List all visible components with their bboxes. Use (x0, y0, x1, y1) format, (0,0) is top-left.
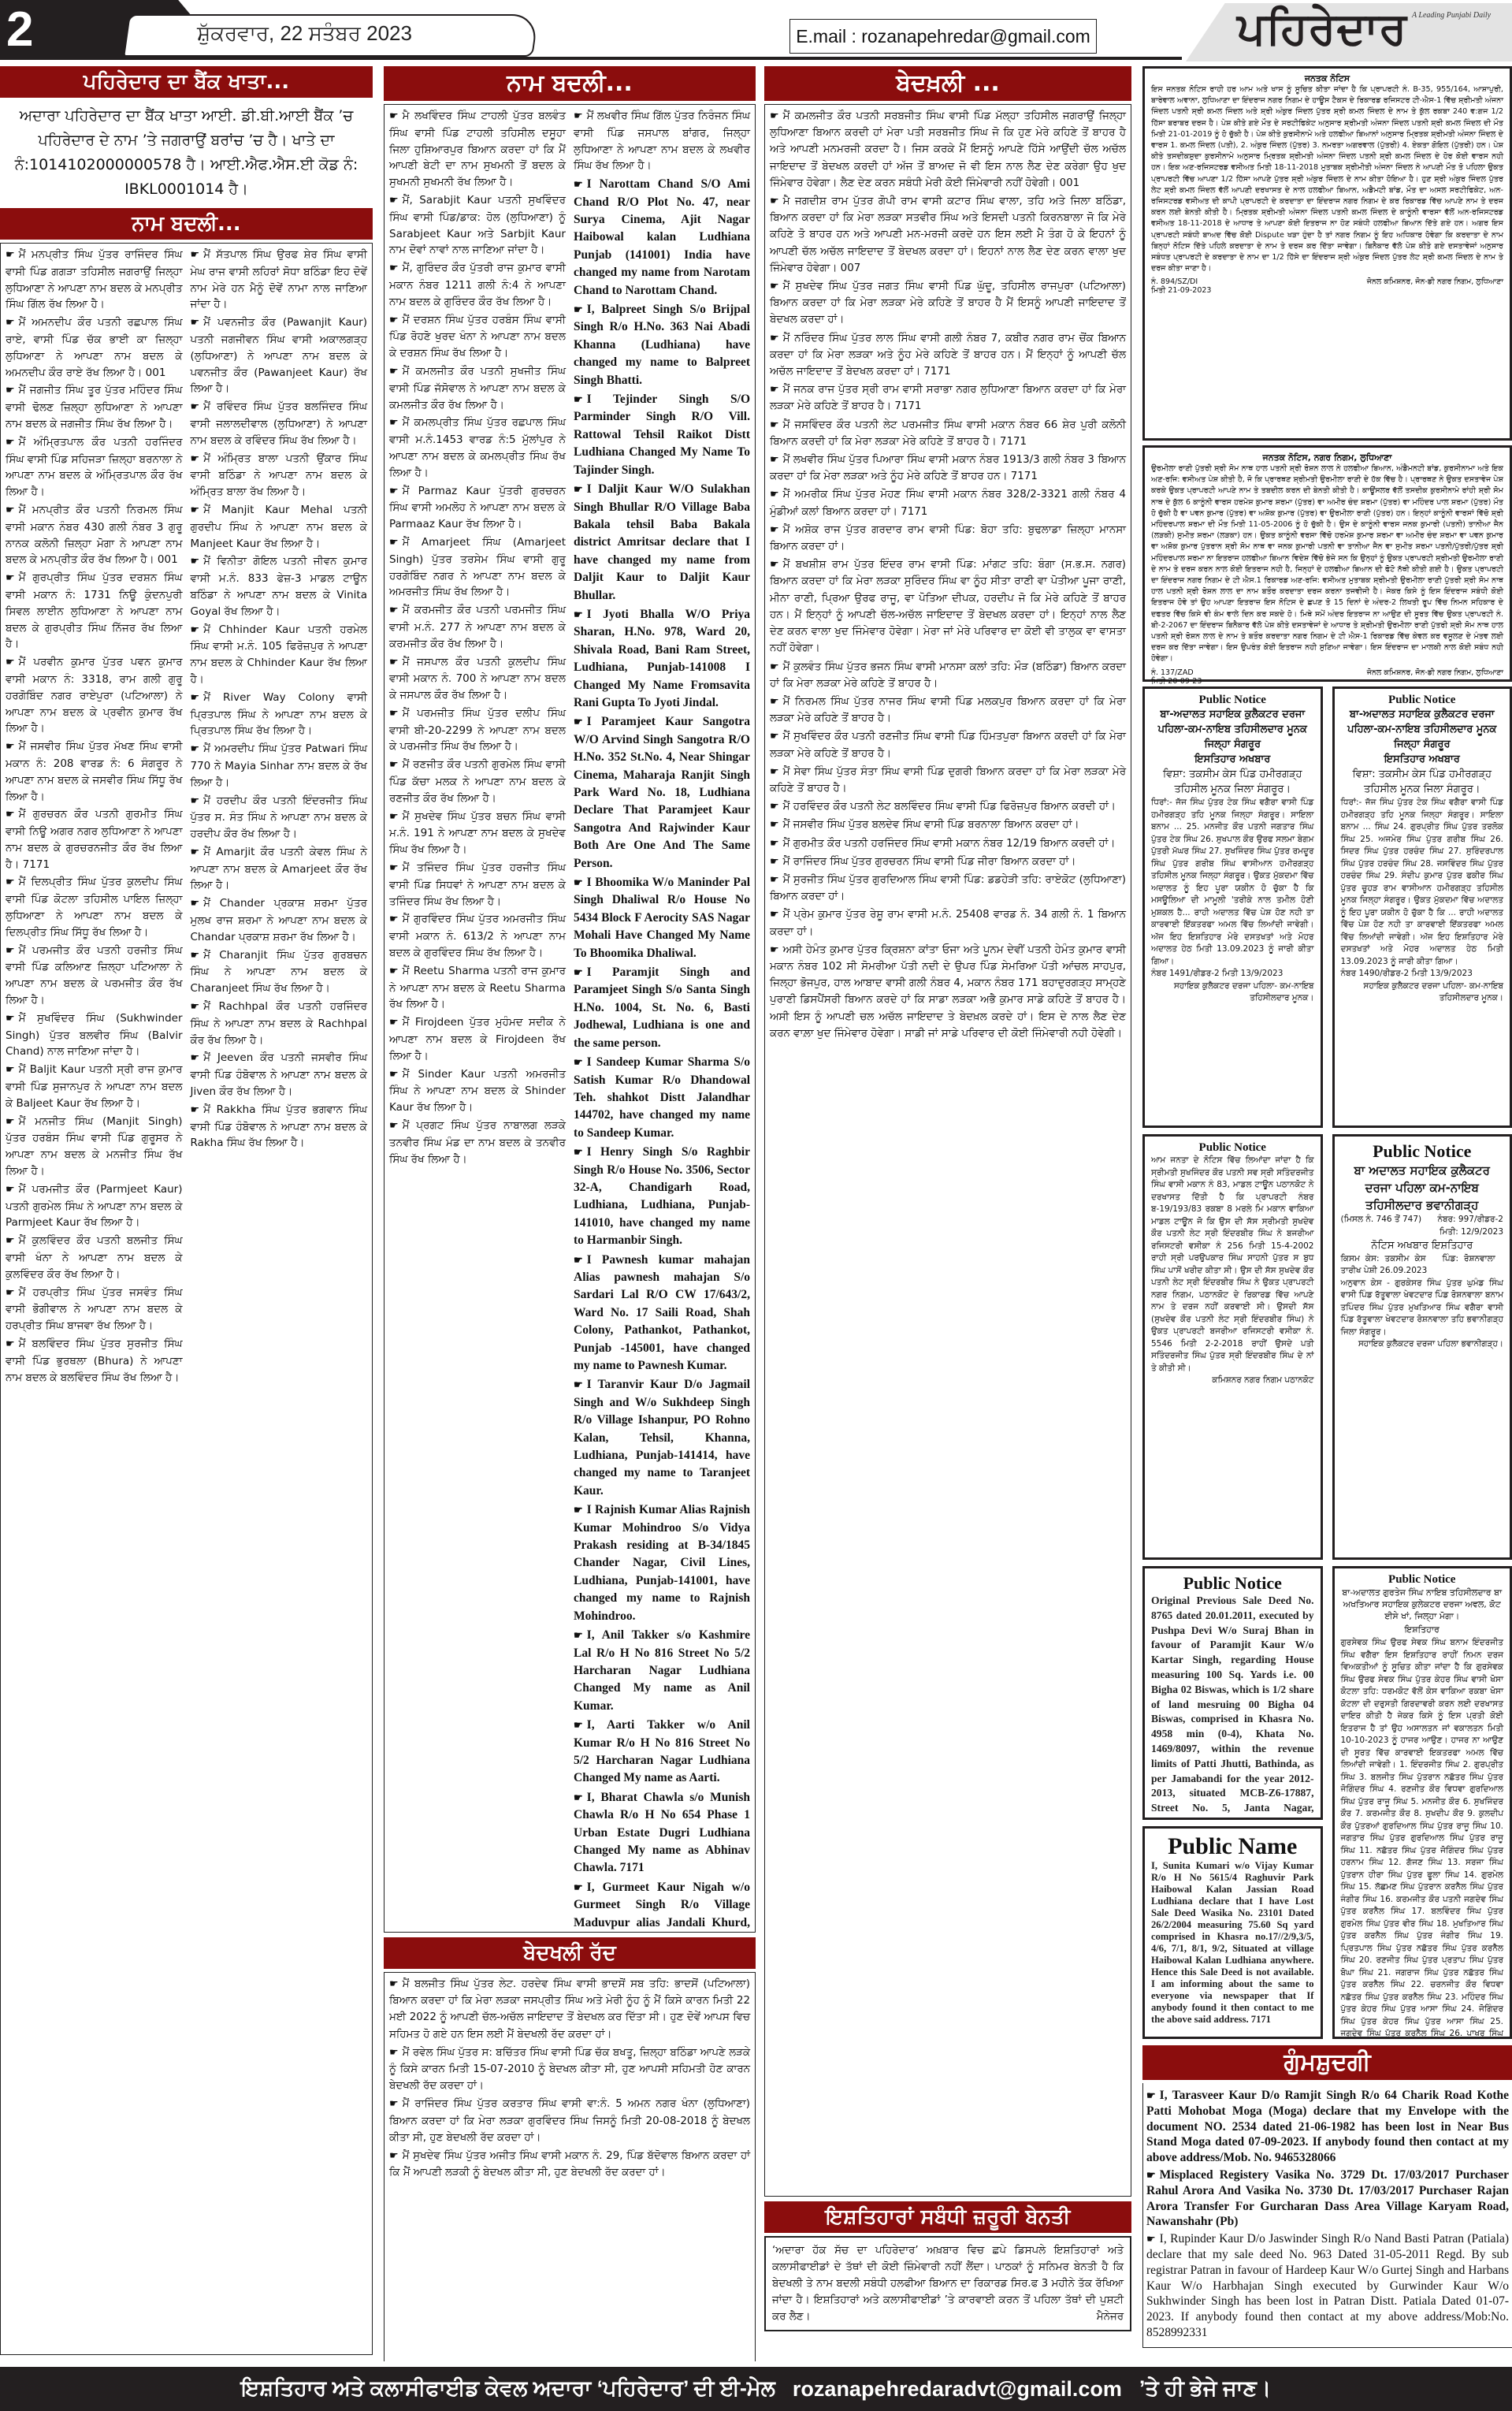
pointing-hand-icon: ☛ (574, 176, 583, 193)
pointing-hand-icon: ☛ (6, 1233, 15, 1250)
pointing-hand-icon: ☛ (389, 2096, 399, 2112)
court-notices-grid: Public Notice ਬਾ-ਅਦਾਲਤ ਸਹਾਇਕ ਕੁਲੈਕਟਰ ਦਰਜ… (1142, 686, 1512, 2045)
classified-entry: ☛ਮੈਂ ਅਮਰਦੀਪ ਸਿੰਘ ਪੁੱਤਰ Patwari ਸਿੰਘ 770 … (191, 741, 368, 791)
pointing-hand-icon: ☛ (389, 2045, 399, 2061)
pointing-hand-icon: ☛ (574, 713, 583, 731)
pointing-hand-icon: ☛ (770, 452, 779, 468)
notice-footer: ਨੰ. 137/ZADਮਿਤੀ 20-09-23 ਜੋਨਲ ਕਮਿਸ਼ਨਰ, ਜ… (1151, 668, 1503, 686)
classified-entry: ☛ਮੈਂ ਸੱਤਪਾਲ ਸਿੰਘ ਉਰਫ ਸ਼ੇਰ ਸਿੰਘ ਵਾਸੀ ਮੇਘ … (191, 247, 368, 313)
pointing-hand-icon: ☛ (770, 556, 779, 573)
pointing-hand-icon: ☛ (6, 503, 15, 519)
classified-entry: ☛ਮੈਂ ਨਿਰਮਲ ਸਿੰਘ ਪੁੱਤਰ ਨਾਜਰ ਸਿੰਘ ਵਾਸੀ ਪਿੰ… (770, 694, 1126, 727)
issue-date: ਸ਼ੁੱਕਰਵਾਰ, 22 ਸਤੰਬਰ 2023 (197, 21, 412, 47)
pointing-hand-icon: ☛ (770, 486, 779, 503)
public-notice-pathankot: Public Notice ਆਮ ਜਨਤਾ ਦੇ ਨੋਟਿਸ ਵਿੱਚ ਲਿਆਂ… (1142, 1134, 1323, 1560)
classified-entry: ☛ਮੈਂ ਮਨਪ੍ਰੀਤ ਸਿੰਘ ਪੁੱਤਰ ਰਾਜਿੰਦਰ ਸਿੰਘ ਵਾਸ… (6, 247, 183, 313)
court-notice-moonak-2: Public Notice ਬਾ-ਅਦਾਲਤ ਸਹਾਇਕ ਕੁਲੈਕਟਰ ਦਰਜ… (1332, 686, 1512, 1128)
name-change-subcolumn-b: ☛ਮੈਂ ਸੱਤਪਾਲ ਸਿੰਘ ਉਰਫ ਸ਼ੇਰ ਸਿੰਘ ਵਾਸੀ ਮੇਘ … (191, 247, 368, 2351)
name-change-heading: ਨਾਮ ਬਦਲੀ... (0, 208, 373, 240)
classified-entry: ☛ਮੈਂ ਕਰਮਜੀਤ ਕੌਰ ਪਤਨੀ ਪਰਮਜੀਤ ਸਿੰਘ ਵਾਸੀ ਮ.… (389, 602, 566, 652)
classified-entry: ☛ਮੈਂ Manjit Kaur Mehal ਪਤਨੀ ਗੁਰਦੀਪ ਸਿੰਘ … (191, 502, 368, 552)
pointing-hand-icon: ☛ (191, 315, 200, 332)
classified-entry: ☛I Taranvir Kaur D/o Jagmail Singh and W… (574, 1376, 750, 1500)
pointing-hand-icon: ☛ (389, 313, 399, 329)
pointing-hand-icon: ☛ (389, 1015, 399, 1032)
classified-entry: ☛ਮੈਂ ਰਵਿੰਦਰ ਸਿੰਘ ਪੁੱਤਰ ਬਲਜਿੰਦਰ ਸਿੰਘ ਵਾਸੀ… (191, 399, 368, 448)
classified-entry: ☛ਮੈਂ Jeeven ਕੌਰ ਪਤਨੀ ਜਸਵੀਰ ਸਿੰਘ ਵਾਸੀ ਪਿੰ… (191, 1050, 368, 1099)
pointing-hand-icon: ☛ (6, 875, 15, 891)
pointing-hand-icon: ☛ (770, 694, 779, 710)
classified-entry: ☛ਮੈਂ Charanjit ਸਿੰਘ ਪੁੱਤਰ ਗੁਰਬਚਨ ਸਿੰਘ ਨੇ… (191, 947, 368, 997)
pointing-hand-icon: ☛ (191, 948, 200, 965)
pointing-hand-icon: ☛ (389, 964, 399, 980)
court-notice-bhawanigarh: Public Notice ਬਾ ਅਦਾਲਤ ਸਹਾਇਕ ਕੁਲੈਕਟਰ ਦਰਜ… (1332, 1134, 1512, 1560)
classified-entry: ☛I, Gurmeet Kaur Nigah w/o Gurmeet Singh… (574, 1879, 750, 1933)
pointing-hand-icon: ☛ (191, 400, 200, 416)
classified-entry: ☛ਮੈ ਜਗਦੀਸ਼ ਰਾਮ ਪੁੱਤਰ ਗੋਪੀ ਰਾਮ ਵਾਸੀ ਕਟਾਰ … (770, 193, 1126, 277)
classified-entry: ☛ਮੈਂ ਕੁਲਵਿੰਦਰ ਕੌਰ ਪਤਨੀ ਬਲਜੀਤ ਸਿੰਘ ਵਾਸੀ ਖ… (6, 1233, 183, 1282)
pointing-hand-icon: ☛ (389, 1067, 399, 1084)
classified-entry: ☛ਮੈਂ Chander ਪ੍ਰਕਾਸ਼ ਸ਼ਰਮਾ ਪੁੱਤਰ ਮੁਲਖ ਰਾ… (191, 895, 368, 945)
notice-signature: ਜੋਨਲ ਕਮਿਸ਼ਨਰ, ਜੋਨ-ਡੀ ਨਗਰ ਨਿਗਮ, ਲੁਧਿਆਣਾ (1367, 277, 1503, 295)
pointing-hand-icon: ☛ (191, 999, 200, 1016)
pointing-hand-icon: ☛ (574, 1879, 583, 1896)
pointing-hand-icon: ☛ (389, 1118, 399, 1135)
classified-entry: ☛ਮੈਂ ਹਰਪ੍ਰੀਤ ਸਿੰਘ ਪੁੱਤਰ ਜਸਵੰਤ ਸਿੰਘ ਵਾਸੀ … (6, 1285, 183, 1334)
pointing-hand-icon: ☛ (6, 315, 15, 332)
pointing-hand-icon: ☛ (770, 728, 779, 745)
pointing-hand-icon: ☛ (574, 874, 583, 891)
pointing-hand-icon: ☛ (389, 809, 399, 826)
pointing-hand-icon: ☛ (770, 942, 779, 958)
classified-entry: ☛ਅਸੀ ਹੇਮੰਤ ਕੁਮਾਰ ਪੁੱਤਰ ਕ੍ਰਿਸ਼ਨਾ ਕਾਂਤਾ ਓਜ… (770, 942, 1126, 1042)
classified-entry: ☛ਮੈਂ, ਗੁਰਿੰਦਰ ਕੌਰ ਪੁੱਤਰੀ ਰਾਜ ਕੁਮਾਰ ਵਾਸੀ … (389, 260, 566, 310)
pointing-hand-icon: ☛ (6, 1285, 15, 1302)
column-2: ਨਾਮ ਬਦਲੀ... ☛ਮੈ ਲਖਵਿੰਦਰ ਸਿੰਘ ਟਾਹਲੀ ਪੁੱਤਰ… (384, 66, 756, 2361)
masthead-rule (0, 57, 1182, 60)
classified-entry: ☛ਮੈਂ ਕਮਲਜੀਤ ਕੌਰ ਪਤਨੀ ਸੁਖਜੀਤ ਸਿੰਘ ਵਾਸੀ ਪਿ… (389, 363, 566, 413)
classified-entry: ☛ਮੈਂ Rachhpal ਕੌਰ ਪਤਨੀ ਹਰਜਿੰਦਰ ਸਿੰਘ ਨੇ ਆ… (191, 999, 368, 1048)
pointing-hand-icon: ☛ (389, 861, 399, 877)
pointing-hand-icon: ☛ (770, 659, 779, 675)
court-notice-moonak-1: Public Notice ਬਾ-ਅਦਾਲਤ ਸਹਾਇਕ ਕੁਲੈਕਟਰ ਦਰਜ… (1142, 686, 1323, 1128)
pointing-hand-icon: ☛ (574, 481, 583, 498)
contact-email[interactable]: E.mail : rozanapehredar@gmail.com (789, 19, 1097, 54)
classified-entry: ☛ਮੈਂ ਰਾਜਿੰਦਰ ਸਿੰਘ ਪੁੱਤਰ ਗੁਰਚਰਨ ਸਿੰਘ ਵਾਸੀ… (770, 854, 1126, 870)
classified-entry: ☛ਮੈਂ ਜਸਪਾਲ ਕੌਰ ਪਤਨੀ ਕੁਲਦੀਪ ਸਿੰਘ ਵਾਸੀ ਮਕਾ… (389, 654, 566, 704)
classified-entry: ☛ਮੈਂ ਅਮਰੀਕ ਸਿੰਘ ਪੁੱਤਰ ਮੋਹਣ ਸਿੰਘ ਵਾਸੀ ਮਕਾ… (770, 486, 1126, 519)
missing-list: ☛I, Tarasveer Kaur D/o Ramjit Singh R/o … (1142, 2083, 1512, 2348)
classified-entry: ☛ਮੈਂ ਕਮਲਪ੍ਰੀਤ ਸਿੰਘ ਪੁੱਤਰ ਰਛਪਾਲ ਸਿੰਘ ਵਾਸੀ… (389, 415, 566, 481)
pointing-hand-icon: ☛ (6, 571, 15, 587)
pointing-hand-icon: ☛ (6, 383, 15, 400)
classified-entry: ☛I Rajnish Kumar Alias Rajnish Kumar Moh… (574, 1501, 750, 1625)
classified-entry: ☛ਮੈਂ ਮਨਜੀਤ ਸਿੰਘ (Manjit Singh) ਪੁੱਤਰ ਹਰਬ… (6, 1114, 183, 1180)
classified-entry: ☛ਮੈਂ ਕਮਲਜੀਤ ਕੌਰ ਪਤਨੀ ਸਰਬਜੀਤ ਸਿੰਘ ਵਾਸੀ ਪਿ… (770, 108, 1126, 192)
pointing-hand-icon: ☛ (770, 798, 779, 815)
column-1: ਪਹਿਰੇਦਾਰ ਦਾ ਬੈਂਕ ਖਾਤਾ... ਅਦਾਰਾ ਪਹਿਰੇਦਾਰ … (0, 66, 373, 2361)
classified-entry: ☛I Daljit Kaur W/O Sulakhan Singh Bhulla… (574, 481, 750, 605)
classified-entry: ☛ਮੈਂ ਸੁਖਦੇਵ ਸਿੰਘ ਪੁੱਤਰ ਅਜੀਤ ਸਿੰਘ ਵਾਸੀ ਮਕ… (389, 2148, 750, 2181)
bank-account-text: ਅਦਾਰਾ ਪਹਿਰੇਦਾਰ ਦਾ ਬੈਂਕ ਖਾਤਾ ਆਈ. ਡੀ.ਬੀ.ਆਈ… (0, 101, 373, 208)
name-change-list-2: ☛ਮੈ ਲਖਵਿੰਦਰ ਸਿੰਘ ਟਾਹਲੀ ਪੁੱਤਰ ਬਲਵੰਤ ਸਿੰਘ … (384, 104, 756, 1933)
pointing-hand-icon: ☛ (1146, 2167, 1156, 2183)
classified-entry: ☛ਮੈਂ ਰਾਜਿੰਦਰ ਸਿੰਘ ਪੁੱਤਰ ਕਰਤਾਰ ਸਿੰਘ ਵਾਸੀ … (389, 2096, 750, 2146)
pointing-hand-icon: ☛ (770, 906, 779, 923)
classified-entry: ☛ਮੈਂ ਮਨਪ੍ਰੀਤ ਕੌਰ ਪਤਨੀ ਨਿਰਮਲ ਸਿੰਘ ਵਾਸੀ ਮਕ… (6, 502, 183, 568)
pointing-hand-icon: ☛ (191, 452, 200, 468)
classified-entry: ☛ਮੈਂ ਜਸਵੀਰ ਸਿੰਘ ਪੁੱਤਰ ਮੱਖਣ ਸਿੰਘ ਵਾਸੀ ਮਕਾ… (6, 739, 183, 805)
classified-entry: ☛I, Balpreet Singh S/o Brijpal Singh R/o… (574, 301, 750, 389)
classified-entry: ☛ਮੈਂ ਗੁਰਚਰਨ ਕੌਰ ਪਤਨੀ ਗੁਰਮੀਤ ਸਿੰਘ ਵਾਸੀ ਨਿ… (6, 806, 183, 872)
pointing-hand-icon: ☛ (6, 1114, 15, 1131)
pointing-hand-icon: ☛ (191, 554, 200, 571)
public-notice-jindal: ਜਨਤਕ ਨੋਟਿਸ ਇਸ ਜਨਤਕ ਨੋਟਿਸ ਰਾਹੀ ਹਰ ਆਮ ਅਤੇ … (1142, 66, 1512, 441)
pointing-hand-icon: ☛ (191, 690, 200, 707)
classified-entry: ☛ਮੈਂ Amarjeet ਸਿੰਘ (Amarjeet Singh) ਪੁੱਤ… (389, 534, 566, 601)
classified-entry: ☛ਮੈ ਲਖਵਿੰਦਰ ਸਿੰਘ ਟਾਹਲੀ ਪੁੱਤਰ ਬਲਵੰਤ ਸਿੰਘ … (389, 108, 566, 191)
bedakhli-cancel-heading: ਬੇਦਖਲੀ ਰੱਦ (384, 1937, 756, 1969)
classified-entry: ☛I, Rupinder Kaur D/o Jaswinder Singh R/… (1146, 2231, 1509, 2341)
pointing-hand-icon: ☛ (191, 896, 200, 913)
public-name-notice: Public Name I, Sunita Kumari w/o Vijay K… (1142, 1826, 1323, 2039)
name-change-subcolumn-punjabi: ☛ਮੈ ਲਖਵਿੰਦਰ ਸਿੰਘ ਟਾਹਲੀ ਪੁੱਤਰ ਬਲਵੰਤ ਸਿੰਘ … (389, 108, 566, 1933)
classified-entry: ☛ਮੈਂ ਪਰਮਜੀਤ ਕੌਰ (Parmjeet Kaur) ਪਤਨੀ ਗੁਰ… (6, 1181, 183, 1231)
classified-entry: ☛ਮੈਂ ਸੁਰਜੀਤ ਸਿੰਘ ਪੁੱਤਰ ਗੁਰਦਿਆਲ ਸਿੰਘ ਵਾਸੀ… (770, 872, 1126, 905)
public-notice-urmila: ਜਨਤਕ ਨੋਟਿਸ, ਨਗਰ ਨਿਗਮ, ਲੁਧਿਆਣਾ ਉਰਮੀਲਾ ਰਾਣ… (1142, 445, 1512, 682)
classified-entry: ☛I Henry Singh S/o Raghbir Singh R/o Hou… (574, 1144, 750, 1249)
notice-body: ਉਰਮੀਲਾ ਰਾਣੀ ਪੁੱਤਰੀ ਸ਼੍ਰੀ ਸੋਮ ਨਾਥ ਹਾਲ ਪਤਨ… (1151, 463, 1503, 665)
pointing-hand-icon: ☛ (770, 835, 779, 852)
classified-entry: ☛ਮੈਂ ਵਿਨੀਤਾ ਗੋਇਲ ਪਤਨੀ ਜੀਵਨ ਕੁਮਾਰ ਵਾਸੀ ਮ.… (191, 553, 368, 619)
classified-entry: ☛ਮੈਂ ਪਰਮਜੀਤ ਸਿੰਘ ਪੁੱਤਰ ਦਲੀਪ ਸਿੰਘ ਵਾਸੀ ਬੀ… (389, 705, 566, 755)
missing-heading: ਗੁੰਮਸ਼ੁਦਗੀ (1142, 2045, 1512, 2080)
pointing-hand-icon: ☛ (770, 108, 779, 125)
pointing-hand-icon: ☛ (770, 278, 779, 295)
pointing-hand-icon: ☛ (389, 603, 399, 619)
pointing-hand-icon: ☛ (389, 2148, 399, 2164)
classified-entry: ☛ਮੈਂ ਗੁਰਵਿੰਦਰ ਸਿੰਘ ਪੁੱਤਰ ਅਮਰਜੀਤ ਸਿੰਘ ਵਾਸ… (389, 911, 566, 961)
classified-entry: ☛I, Aarti Takker w/o Anil Kumar R/o H No… (574, 1717, 750, 1788)
classified-entry: ☛I Paramjit Singh and Paramjeet Singh S/… (574, 964, 750, 1052)
notice-body: ਇਸ ਜਨਤਕ ਨੋਟਿਸ ਰਾਹੀ ਹਰ ਆਮ ਅਤੇ ਖਾਸ ਨੂੰ ਸੂਚ… (1151, 84, 1503, 274)
pointing-hand-icon: ☛ (574, 1717, 583, 1734)
bedakhli-list: ☛ਮੈਂ ਕਮਲਜੀਤ ਕੌਰ ਪਤਨੀ ਸਰਬਜੀਤ ਸਿੰਘ ਵਾਸੀ ਪਿ… (764, 104, 1131, 2197)
pointing-hand-icon: ☛ (191, 247, 200, 264)
pointing-hand-icon: ☛ (389, 415, 399, 432)
classified-entry: ☛I Tejinder Singh S/O Parminder Singh R/… (574, 391, 750, 479)
classified-entry: ☛ਮੈਂ ਸੁਖਦੇਵ ਸਿੰਘ ਪੁੱਤਰ ਬਚਨ ਸਿੰਘ ਵਾਸੀ ਮ.ਨ… (389, 809, 566, 858)
pointing-hand-icon: ☛ (574, 1144, 583, 1161)
pointing-hand-icon: ☛ (770, 381, 779, 398)
classified-entry: ☛I, Anil Takker s/o Kashmire Lal R/o H N… (574, 1627, 750, 1715)
pointing-hand-icon: ☛ (770, 522, 779, 538)
classified-entry: ☛ਮੈਂ Chhinder Kaur ਪਤਨੀ ਹਰਮੇਲ ਸਿੰਘ ਵਾਸੀ … (191, 622, 368, 688)
classified-entry: ☛ਮੈਂ ਪ੍ਰੇਮ ਕੁਮਾਰ ਪੁੱਤਰ ਰੇਸ਼ੂ ਰਾਮ ਵਾਸੀ ਮ.… (770, 906, 1126, 939)
pointing-hand-icon: ☛ (574, 1252, 583, 1269)
notice-title: ਜਨਤਕ ਨੋਟਿਸ (1151, 73, 1503, 84)
classified-entry: ☛ਮੈਂ ਬਲਜੀਤ ਸਿੰਘ ਪੁੱਤਰ ਲੇਟ. ਹਰਦੇਵ ਸਿੰਘ ਵਾ… (389, 1976, 750, 2043)
pointing-hand-icon: ☛ (1146, 2088, 1156, 2104)
classified-entry: ☛ਮੈਂ ਲਖਵੀਰ ਸਿੰਘ ਗਿੱਲ ਪੁੱਤਰ ਨਿਰੰਜਨ ਸਿੰਘ ਵ… (574, 108, 750, 174)
classified-entry: ☛ਮੈਂ ਅਸ਼ੋਕ ਰਾਜ ਪੁੱਤਰ ਗਰਦਾਰ ਰਾਮ ਵਾਸੀ ਪਿੰਡ… (770, 522, 1126, 555)
classified-entry: ☛ਮੈਂ ਸੇਵਾ ਸਿੰਘ ਪੁੱਤਰ ਸੰਤਾ ਸਿੰਘ ਵਾਸੀ ਪਿੰਡ… (770, 764, 1126, 797)
pointing-hand-icon: ☛ (574, 391, 583, 408)
pointing-hand-icon: ☛ (6, 655, 15, 672)
pointing-hand-icon: ☛ (1146, 2231, 1156, 2247)
footer-email-link[interactable]: rozanapehredaradvt@gmail.com (793, 2377, 1122, 2402)
footer-ad-contact-bar: ਇਸ਼ਤਿਹਾਰ ਅਤੇ ਕਲਾਸੀਫਾਈਡ ਕੇਵਲ ਅਦਾਰਾ ‘ਪਹਿਰੇ… (0, 2367, 1512, 2411)
pointing-hand-icon: ☛ (389, 484, 399, 500)
pointing-hand-icon: ☛ (389, 109, 399, 125)
pointing-hand-icon: ☛ (6, 1182, 15, 1199)
pointing-hand-icon: ☛ (6, 1337, 15, 1353)
pointing-hand-icon: ☛ (770, 817, 779, 833)
pointing-hand-icon: ☛ (574, 1054, 583, 1071)
classified-entry: ☛ਮੈਂ ਬਖਸ਼ੀਸ਼ ਰਾਮ ਪੁੱਤਰ ਇੰਦਰ ਰਾਮ ਵਾਸੀ ਪਿੰ… (770, 556, 1126, 657)
pointing-hand-icon: ☛ (770, 764, 779, 780)
footer-text-before: ਇਸ਼ਤਿਹਾਰ ਅਤੇ ਕਲਾਸੀਫਾਈਡ ਕੇਵਲ ਅਦਾਰਾ ‘ਪਹਿਰੇ… (241, 2376, 775, 2402)
classified-entry: ☛ਮੈਂ ਨਰਿੰਦਰ ਸਿੰਘ ਪੁੱਤਰ ਲਾਲ ਸਿੰਘ ਵਾਸੀ ਗਲੀ… (770, 330, 1126, 381)
pointing-hand-icon: ☛ (191, 845, 200, 861)
classified-entry: ☛ਮੈਂ ਪਵਨਜੀਤ ਕੌਰ (Pawanjit Kaur) ਪਤਨੀ ਜਗਜ… (191, 314, 368, 397)
court-notice-moga: Public Notice ਬਾ-ਅਦਾਲਤ ਗੁਰਤੇਜ ਸਿੰਘ ਨਾਇਬ … (1332, 1566, 1512, 2039)
classified-entry: ☛ਮੈਂ River Way Colony ਵਾਸੀ ਪ੍ਰਿਤਪਾਲ ਸਿੰਘ… (191, 690, 368, 739)
pointing-hand-icon: ☛ (770, 193, 779, 210)
classified-entry: ☛ਮੈਂ ਜਗਜੀਤ ਸਿੰਘ ਤੂਰ ਪੁੱਤਰ ਮਹਿੰਦਰ ਸਿੰਘ ਵਾ… (6, 382, 183, 432)
pointing-hand-icon: ☛ (191, 794, 200, 810)
classified-entry: ☛I Bhoomika W/o Maninder Pal Singh Dhali… (574, 874, 750, 962)
classified-entry: ☛ਮੈਂ Amarjit ਕੌਰ ਪਤਨੀ ਕੇਵਲ ਸਿੰਘ ਨੇ ਆਪਣਾ … (191, 844, 368, 894)
bank-account-heading: ਪਹਿਰੇਦਾਰ ਦਾ ਬੈਂਕ ਖਾਤਾ... (0, 66, 373, 98)
pointing-hand-icon: ☛ (389, 655, 399, 672)
classified-entry: ☛ਮੈਂ ਬਲਵਿੰਦਰ ਸਿੰਘ ਪੁੱਤਰ ਸੁਰਜੀਤ ਸਿੰਘ ਵਾਸੀ… (6, 1336, 183, 1386)
pointing-hand-icon: ☛ (389, 535, 399, 552)
classified-entry: ☛ਮੈਂ ਜਸਵੀਰ ਸਿੰਘ ਪੁੱਤਰ ਬਲਦੇਵ ਸਿੰਘ ਵਾਸੀ ਪਿ… (770, 817, 1126, 833)
classified-entry: ☛I Jyoti Bhalla W/O Priya Sharan, H.No. … (574, 606, 750, 712)
classified-entry: ☛ਮੈਂ ਗੁਰਪ੍ਰੀਤ ਸਿੰਘ ਪੁੱਤਰ ਦਰਸ਼ਨ ਸਿੰਘ ਵਾਸੀ… (6, 570, 183, 653)
pointing-hand-icon: ☛ (191, 503, 200, 519)
pointing-hand-icon: ☛ (191, 623, 200, 639)
pointing-hand-icon: ☛ (574, 1627, 583, 1644)
pointing-hand-icon: ☛ (574, 1376, 583, 1393)
pointing-hand-icon: ☛ (770, 330, 779, 347)
name-change-list: ☛ਮੈਂ ਮਨਪ੍ਰੀਤ ਸਿੰਘ ਪੁੱਤਰ ਰਾਜਿੰਦਰ ਸਿੰਘ ਵਾਸ… (0, 243, 373, 2355)
classified-entry: ☛ਮੈਂ Rakkha ਸਿੰਘ ਪੁੱਤਰ ਭਗਵਾਨ ਸਿੰਘ ਵਾਸੀ ਪ… (191, 1102, 368, 1152)
classified-entry: ☛ਮੈਂ ਦਿਲਪ੍ਰੀਤ ਸਿੰਘ ਪੁੱਤਰ ਕੁਲਦੀਪ ਸਿੰਘ ਵਾਸ… (6, 874, 183, 940)
pointing-hand-icon: ☛ (574, 109, 583, 125)
notice-ref: ਨੰ. 894/SZ/DIਮਿਤੀ 21-09-2023 (1151, 277, 1211, 295)
pointing-hand-icon: ☛ (574, 1501, 583, 1519)
classified-entry: ☛ਮੈਂ ਰਣਜੀਤ ਕੌਰ ਪਤਨੀ ਗੁਰਮੇਲ ਸਿੰਘ ਵਾਸੀ ਪਿੰ… (389, 757, 566, 806)
notice-ref: ਨੰ. 137/ZADਮਿਤੀ 20-09-23 (1151, 668, 1202, 686)
pointing-hand-icon: ☛ (6, 435, 15, 452)
pointing-hand-icon: ☛ (574, 606, 583, 623)
ad-request-heading: ਇਸ਼ਤਿਹਾਰਾਂ ਸਬੰਧੀ ਜ਼ਰੂਰੀ ਬੇਨਤੀ (764, 2201, 1131, 2233)
classified-entry: ☛I, Tarasveer Kaur D/o Ramjit Singh R/o … (1146, 2088, 1509, 2166)
manager-signature: ਮੈਨੇਜਰ (1097, 2309, 1124, 2325)
classified-entry: ☛I Sandeep Kumar Sharma S/o Satish Kumar… (574, 1054, 750, 1142)
pointing-hand-icon: ☛ (6, 1062, 15, 1079)
classified-entry: ☛ਮੈਂ ਜਸਵਿੰਦਰ ਕੌਰ ਪਤਨੀ ਲੇਟ ਪਰਮਜੀਤ ਸਿੰਘ ਵਾ… (770, 417, 1126, 450)
footer-text-after: ’ਤੇ ਹੀ ਭੇਜੇ ਜਾਣ। (1139, 2376, 1271, 2402)
classified-entry: ☛ਮੈਂ Baljit Kaur ਪਤਨੀ ਸ੍ਰੀ ਰਾਜ ਕੁਮਾਰ ਵਾਸ… (6, 1062, 183, 1111)
pointing-hand-icon: ☛ (389, 193, 399, 210)
classified-entry: ☛ਮੈਂ ਜਨਕ ਰਾਜ ਪੁੱਤਰ ਸ੍ਰੀ ਰਾਮ ਵਾਸੀ ਸਰਾਭਾ ਨ… (770, 381, 1126, 415)
pointing-hand-icon: ☛ (574, 1789, 583, 1806)
pointing-hand-icon: ☛ (574, 964, 583, 981)
classified-entry: ☛Misplaced Registery Vasika No. 3729 Dt.… (1146, 2167, 1509, 2230)
pointing-hand-icon: ☛ (389, 757, 399, 774)
classified-entry: ☛ਮੈਂ ਲਖਵੀਰ ਸਿੰਘ ਪੁੱਤਰ ਪਿਆਰਾ ਸਿੰਘ ਵਾਸੀ ਮਕ… (770, 452, 1126, 485)
classified-entry: ☛ਮੈਂ ਸੁਖਦੇਵ ਸਿੰਘ ਪੁੱਤਰ ਜਗਤ ਸਿੰਘ ਵਾਸੀ ਪਿੰ… (770, 278, 1126, 329)
pointing-hand-icon: ☛ (6, 807, 15, 824)
pointing-hand-icon: ☛ (191, 1103, 200, 1119)
notice-signature: ਜੋਨਲ ਕਮਿਸ਼ਨਰ, ਜੋਨ-ਡੀ ਨਗਰ ਨਿਗਮ, ਲੁਧਿਆਣਾ (1367, 668, 1503, 686)
classified-entry: ☛ਮੈਂ Firojdeen ਪੁੱਤਰ ਮੁਹੰਮਦ ਸਦੀਕ ਨੇ ਆਪਣਾ… (389, 1014, 566, 1064)
masthead: 2 ਸ਼ੁੱਕਰਵਾਰ, 22 ਸਤੰਬਰ 2023 E.mail : roza… (0, 0, 1512, 61)
bedakhli-cancel-list: ☛ਮੈਂ ਬਲਜੀਤ ਸਿੰਘ ਪੁੱਤਰ ਲੇਟ. ਹਰਦੇਵ ਸਿੰਘ ਵਾ… (384, 1972, 756, 2361)
public-notice-sale-deed: Public Notice Original Previous Sale Dee… (1142, 1566, 1323, 1820)
classified-entry: ☛ਮੈਂ ਅੰਮ੍ਰਿਤ ਬਾਲਾ ਪਤਨੀ ਉਂਕਾਰ ਸਿੰਘ ਵਾਸੀ ਬ… (191, 451, 368, 500)
pointing-hand-icon: ☛ (389, 364, 399, 381)
page-number: 2 (6, 2, 33, 58)
classified-entry: ☛ਮੈਂ ਕੁਲਵੰਤ ਸਿੰਘ ਪੁੱਤਰ ਭਜਨ ਸਿੰਘ ਵਾਸੀ ਮਾਨ… (770, 659, 1126, 692)
pointing-hand-icon: ☛ (389, 261, 399, 277)
name-change-subcolumn-english: ☛ਮੈਂ ਲਖਵੀਰ ਸਿੰਘ ਗਿੱਲ ਪੁੱਤਰ ਨਿਰੰਜਨ ਸਿੰਘ ਵ… (574, 108, 750, 1933)
classified-entry: ☛ਮੈਂ ਸੁਖਵਿੰਦਰ ਕੌਰ ਪਤਨੀ ਰਣਜੀਤ ਸਿੰਘ ਵਾਸੀ ਪ… (770, 728, 1126, 761)
classified-entry: ☛ਮੈਂ ਦਰਸ਼ਨ ਸਿੰਘ ਪੁੱਤਰ ਹਰਬੰਸ ਸਿੰਘ ਵਾਸੀ ਪਿ… (389, 312, 566, 362)
classified-entry: ☛ਮੈਂ ਪ੍ਰਗਟ ਸਿੰਘ ਪੁੱਤਰ ਨਾਬਾਲਗ ਲੜਕੇ ਤਨਵੀਰ … (389, 1118, 566, 1167)
pointing-hand-icon: ☛ (770, 872, 779, 888)
pointing-hand-icon: ☛ (191, 1051, 200, 1067)
pointing-hand-icon: ☛ (6, 247, 15, 264)
classified-entry: ☛ਮੈਂ, Sarabjit Kaur ਪਤਨੀ ਸੁਖਵਿੰਦਰ ਸਿੰਘ ਵ… (389, 192, 566, 259)
notice-title: ਜਨਤਕ ਨੋਟਿਸ, ਨਗਰ ਨਿਗਮ, ਲੁਧਿਆਣਾ (1151, 452, 1503, 463)
classified-entry: ☛ਮੈਂ ਤਜਿੰਦਰ ਸਿੰਘ ਪੁੱਤਰ ਹਰਜੀਤ ਸਿੰਘ ਵਾਸੀ ਪ… (389, 860, 566, 910)
name-change-heading-2: ਨਾਮ ਬਦਲੀ... (384, 66, 756, 101)
left-notice-stack: Public Notice Original Previous Sale Dee… (1142, 1566, 1323, 2045)
column-4: ਜਨਤਕ ਨੋਟਿਸ ਇਸ ਜਨਤਕ ਨੋਟਿਸ ਰਾਹੀ ਹਰ ਆਮ ਅਤੇ … (1142, 66, 1512, 2361)
pointing-hand-icon: ☛ (6, 943, 15, 960)
classified-entry: ☛ਮੈਂ ਸੁਖਵਿੰਦਰ ਸਿੰਘ (Sukhwinder Singh) ਪੁ… (6, 1010, 183, 1060)
pointing-hand-icon: ☛ (389, 1976, 399, 1992)
classified-entry: ☛ਮੈਂ ਅੰਮ੍ਰਿਤਪਾਲ ਕੌਰ ਪਤਨੀ ਹਰਜਿੰਦਰ ਸਿੰਘ ਵਾ… (6, 434, 183, 500)
classified-entry: ☛ਮੈਂ ਅਮਨਦੀਪ ਕੌਰ ਪਤਨੀ ਰਛਪਾਲ ਸਿੰਘ ਰਾਏ, ਵਾਸ… (6, 314, 183, 381)
pointing-hand-icon: ☛ (191, 742, 200, 758)
classified-entry: ☛ਮੈਂ ਪਰਵੀਨ ਕੁਮਾਰ ਪੁੱਤਰ ਪਵਨ ਕੁਮਾਰ ਵਾਸੀ ਮਕ… (6, 654, 183, 737)
classified-entry: ☛ਮੈਂ ਹਰਦੀਪ ਕੌਰ ਪਤਨੀ ਇੰਦਰਜੀਤ ਸਿੰਘ ਪੁੱਤਰ ਸ… (191, 793, 368, 843)
newspaper-logo: ਪਹਿਰੇਦਾਰ (1237, 3, 1407, 55)
ad-request-notice: ‘ਅਦਾਰਾ ਹੱਕ ਸੱਚ ਦਾ ਪਹਿਰੇਦਾਰ’ ਅਖ਼ਬਾਰ ਵਿਚ ਛ… (764, 2236, 1131, 2331)
classified-entry: ☛I Paramjeet Kaur Sangotra W/O Arvind Si… (574, 713, 750, 872)
pointing-hand-icon: ☛ (389, 706, 399, 723)
pointing-hand-icon: ☛ (770, 854, 779, 870)
name-change-subcolumn-a: ☛ਮੈਂ ਮਨਪ੍ਰੀਤ ਸਿੰਘ ਪੁੱਤਰ ਰਾਜਿੰਦਰ ਸਿੰਘ ਵਾਸ… (6, 247, 183, 2351)
pointing-hand-icon: ☛ (6, 739, 15, 756)
pointing-hand-icon: ☛ (574, 301, 583, 318)
classified-entry: ☛ਮੈਂ ਪਰਮਜੀਤ ਕੌਰ ਪਤਨੀ ਹਰਜੀਤ ਸਿੰਘ ਵਾਸੀ ਪਿੰ… (6, 943, 183, 1009)
classified-entry: ☛I, Bharat Chawla s/o Munish Chawla R/o … (574, 1789, 750, 1877)
column-3: ਬੇਦਖ਼ਲੀ ... ☛ਮੈਂ ਕਮਲਜੀਤ ਕੌਰ ਪਤਨੀ ਸਰਬਜੀਤ … (764, 66, 1131, 2361)
pointing-hand-icon: ☛ (770, 417, 779, 433)
classified-entry: ☛ਮੈਂ Sinder Kaur ਪਤਨੀ ਅਮਰਜੀਤ ਸਿੰਘ ਨੇ ਆਪਣ… (389, 1066, 566, 1116)
logo-tagline: A Leading Punjabi Daily (1412, 11, 1491, 20)
classified-entry: ☛ਮੈਂ ਹਰਵਿੰਦਰ ਕੌਰ ਪਤਨੀ ਲੇਟ ਬਲਵਿੰਦਰ ਸਿੰਘ ਵ… (770, 798, 1126, 815)
classified-entry: ☛I Pawnesh kumar mahajan Alias pawnesh m… (574, 1252, 750, 1375)
classified-entry: ☛ਮੈਂ Parmaz Kaur ਪੁੱਤਰੀ ਗੁਰਚਰਨ ਸਿੰਘ ਵਾਸੀ… (389, 483, 566, 533)
pointing-hand-icon: ☛ (389, 912, 399, 928)
pointing-hand-icon: ☛ (6, 1011, 15, 1028)
bedakhli-heading: ਬੇਦਖ਼ਲੀ ... (764, 66, 1131, 101)
classified-entry: ☛ਮੈਂ ਰਵੇਲ ਸਿੰਘ ਪੁੱਤਰ ਸ: ਬਚਿੱਤਰ ਸਿੰਘ ਵਾਸੀ… (389, 2045, 750, 2095)
classified-entry: ☛ਮੈਂ ਗੁਰਮੀਤ ਕੌਰ ਪਤਨੀ ਹਰਜਿੰਦਰ ਸਿੰਘ ਵਾਸੀ ਮ… (770, 835, 1126, 852)
classified-entry: ☛I Narottam Chand S/O Ami Chand R/O Plot… (574, 176, 750, 300)
notice-footer: ਨੰ. 894/SZ/DIਮਿਤੀ 21-09-2023 ਜੋਨਲ ਕਮਿਸ਼ਨ… (1151, 277, 1503, 295)
classified-entry: ☛ਮੈਂ Reetu Sharma ਪਤਨੀ ਰਾਜ ਕੁਮਾਰ ਨੇ ਆਪਣਾ… (389, 963, 566, 1013)
